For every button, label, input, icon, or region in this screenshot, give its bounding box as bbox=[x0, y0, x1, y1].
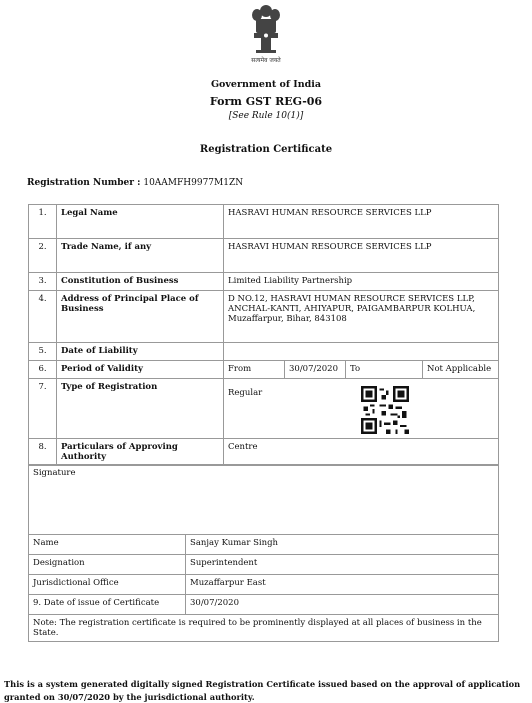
row-label: Address of Principal Place of Business bbox=[57, 291, 224, 343]
designation-label: Designation bbox=[29, 555, 186, 575]
address-value: D NO.12, HASRAVI HUMAN RESOURCE SERVICES… bbox=[224, 291, 499, 343]
signature-label: Signature bbox=[29, 465, 499, 535]
trade-name-value: HASRAVI HUMAN RESOURCE SERVICES LLP bbox=[224, 239, 499, 273]
issue-date-value: 30/07/2020 bbox=[186, 595, 499, 615]
constitution-value: Limited Liability Partnership bbox=[224, 273, 499, 291]
table-row: 8. Particulars of Approving Authority Ce… bbox=[29, 439, 499, 466]
liability-date-value bbox=[224, 343, 499, 361]
row-label: Particulars of Approving Authority bbox=[57, 439, 224, 466]
motto: सत्यमेव जयते bbox=[0, 56, 532, 64]
table-row: 7. Type of Registration Regular bbox=[29, 379, 499, 439]
table-row: 2. Trade Name, if any HASRAVI HUMAN RESO… bbox=[29, 239, 499, 273]
footer-disclaimer: This is a system generated digitally sig… bbox=[4, 678, 528, 703]
row-number: 3. bbox=[29, 273, 57, 291]
rule-reference: [See Rule 10(1)] bbox=[0, 111, 532, 121]
display-note: Note: The registration certificate is re… bbox=[29, 615, 499, 642]
legal-name-value: HASRAVI HUMAN RESOURCE SERVICES LLP bbox=[224, 205, 499, 239]
certificate-table: 1. Legal Name HASRAVI HUMAN RESOURCE SER… bbox=[28, 204, 499, 466]
form-title: Form GST REG-06 bbox=[0, 95, 532, 108]
validity-from-label: From bbox=[224, 361, 285, 379]
jurisdictional-office-value: Muzaffarpur East bbox=[186, 575, 499, 595]
row-number: 7. bbox=[29, 379, 57, 439]
qr-code-icon bbox=[361, 386, 409, 434]
row-number: 8. bbox=[29, 439, 57, 466]
registration-number-value: 10AAMFH9977M1ZN bbox=[143, 178, 243, 188]
row-number: 6. bbox=[29, 361, 57, 379]
row-number: 2. bbox=[29, 239, 57, 273]
row-label: Period of Validity bbox=[57, 361, 224, 379]
validity-to-value: Not Applicable bbox=[423, 361, 499, 379]
row-label: Constitution of Business bbox=[57, 273, 224, 291]
approving-authority-value: Centre bbox=[224, 439, 499, 466]
name-label: Name bbox=[29, 535, 186, 555]
national-emblem-icon bbox=[244, 2, 288, 58]
row-label: Date of Liability bbox=[57, 343, 224, 361]
row-label: Type of Registration bbox=[57, 379, 224, 439]
row-number: 1. bbox=[29, 205, 57, 239]
designation-value: Superintendent bbox=[186, 555, 499, 575]
row-number: 5. bbox=[29, 343, 57, 361]
validity-from-value: 30/07/2020 bbox=[285, 361, 346, 379]
row-label: Trade Name, if any bbox=[57, 239, 224, 273]
table-row: 5. Date of Liability bbox=[29, 343, 499, 361]
table-row: 3. Constitution of Business Limited Liab… bbox=[29, 273, 499, 291]
validity-to-label: To bbox=[346, 361, 423, 379]
row-number: 4. bbox=[29, 291, 57, 343]
jurisdictional-office-label: Jurisdictional Office bbox=[29, 575, 186, 595]
page-title: Registration Certificate bbox=[0, 144, 532, 155]
registration-type-cell: Regular bbox=[224, 379, 499, 439]
registration-number-label: Registration Number : bbox=[27, 178, 140, 188]
issue-date-label: 9. Date of issue of Certificate bbox=[29, 595, 186, 615]
registration-number: Registration Number : 10AAMFH9977M1ZN bbox=[27, 178, 243, 188]
table-row: 1. Legal Name HASRAVI HUMAN RESOURCE SER… bbox=[29, 205, 499, 239]
registration-type-value: Regular bbox=[228, 388, 308, 398]
name-value: Sanjay Kumar Singh bbox=[186, 535, 499, 555]
government-heading: Government of India bbox=[0, 79, 532, 90]
signature-table: Signature Name Sanjay Kumar Singh Design… bbox=[28, 464, 499, 642]
table-row: 4. Address of Principal Place of Busines… bbox=[29, 291, 499, 343]
table-row: 6. Period of Validity From 30/07/2020 To… bbox=[29, 361, 499, 379]
row-label: Legal Name bbox=[57, 205, 224, 239]
